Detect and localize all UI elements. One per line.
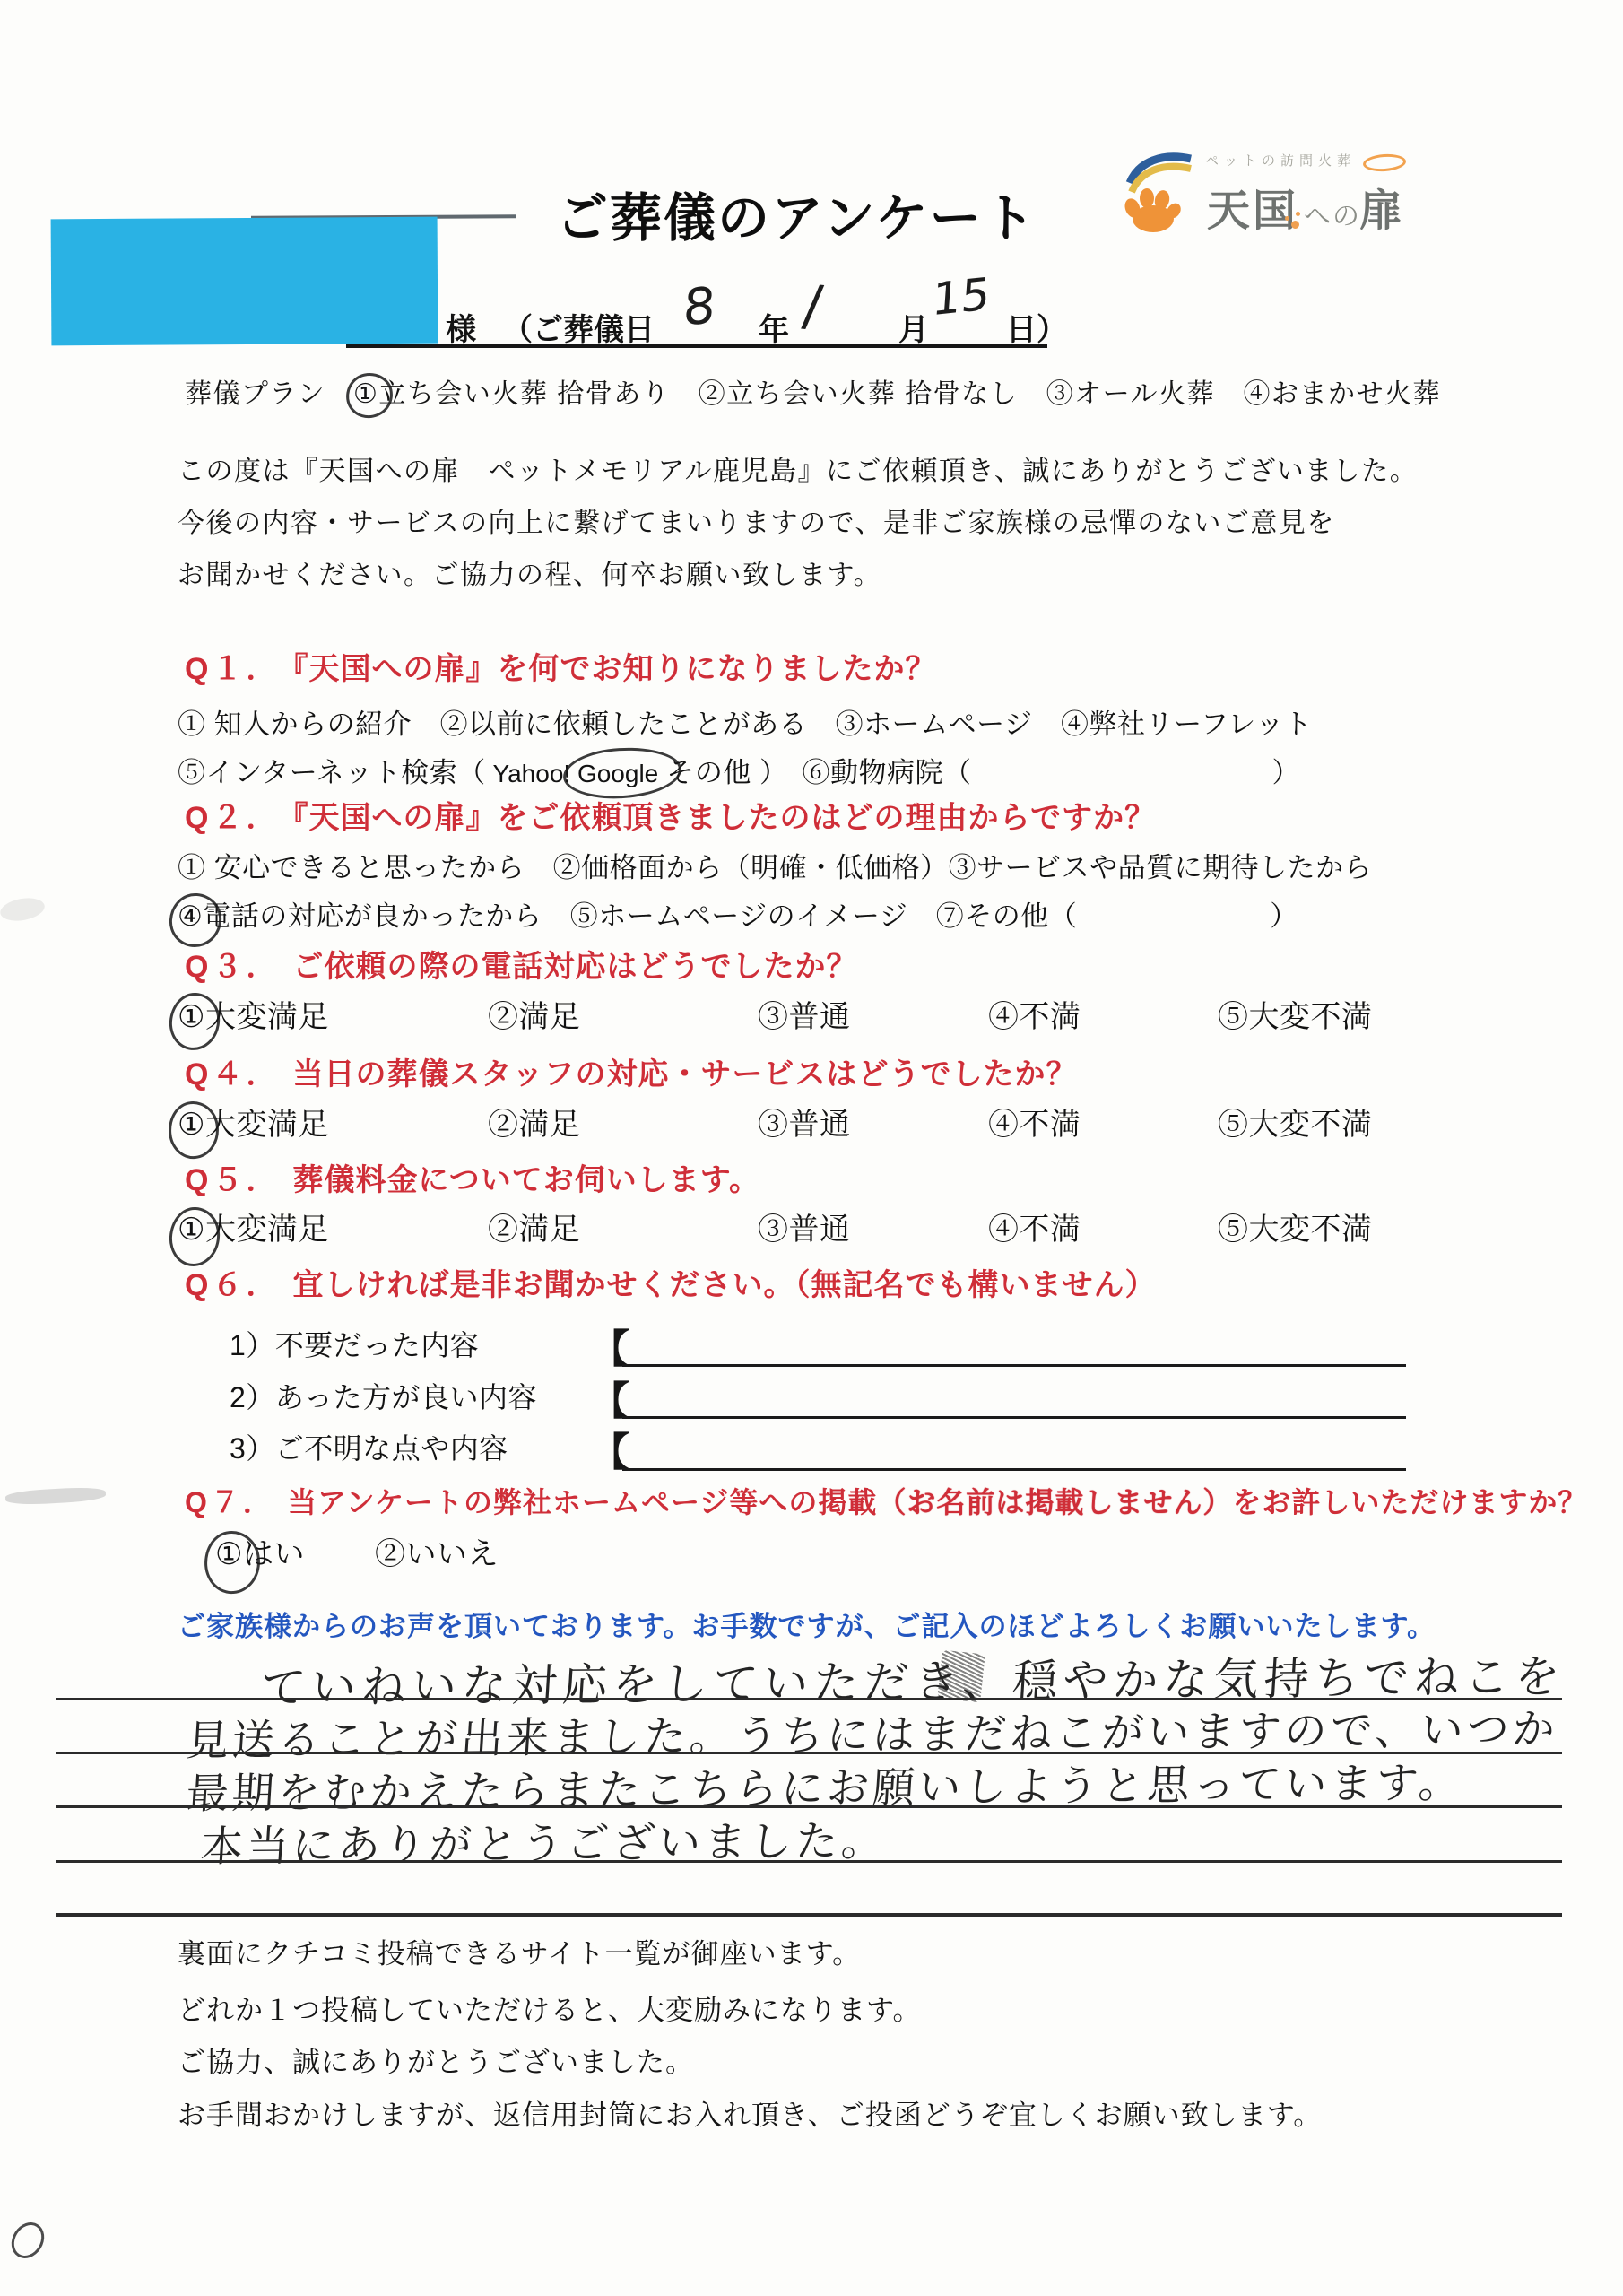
q7-title-post: をお許しいただけますか？ [1232,1486,1587,1518]
q7-option-1-label: はい [243,1537,305,1571]
footer-line-1: 裏面にクチコミ投稿できるサイト一覧が御座います。 [178,1931,861,1971]
writing-rule-line-4 [56,1860,1562,1863]
q5-heading: Q５．葬儀料金についてお伺いします。 [185,1155,760,1199]
q4-heading: Q４．当日の葬儀スタッフの対応・サービスはどうでしたか？ [185,1049,1077,1093]
q6-title: 宜しければ是非お聞かせください。（無記名でも構いません） [292,1268,1156,1302]
q5-option-1: ①大変満足 [178,1205,329,1248]
q1-heading: Q１．『天国への扉』を何でお知りになりましたか？ [185,644,936,688]
q7-title: 当アンケートの弊社ホームページ等への掲載 [288,1486,877,1518]
logo-tagline: ペットの訪問火葬 [1205,151,1356,170]
plan-options-rest: 立ち会い火葬 拾骨あり ②立ち会い火葬 拾骨なし ③オール火葬 ④おまかせ火葬 [378,379,1441,409]
q6-heading: Q６．宜しければ是非お聞かせください。（無記名でも構いません） [185,1260,1156,1304]
intro-line-2: 今後の内容・サービスの向上に繋げてまいりますので、是非ご家族様の忌憚のないご意見… [178,500,1335,540]
q1-option-6: その他 ） ⑥動物病院（ [658,757,971,788]
company-logo: ペットの訪問火葬 天国 への 扉 [1119,147,1415,246]
plan-options: ① 立ち会い火葬 拾骨あり ②立ち会い火葬 拾骨なし ③オール火葬 ④おまかせ火… [353,371,1441,411]
plan-option-1-number: ① [353,379,378,409]
q4-option-5: ⑤大変不満 [1218,1100,1373,1144]
survey-scan-page: ご葬儀のアンケート ペットの訪問火葬 天国 への 扉 様 （ご葬儀日 8 年 /… [0,0,1623,2296]
handwritten-corner-scribble [4,2216,50,2265]
funeral-date-label: （ご葬儀日 [502,305,655,349]
footer-line-4: お手間おかけしますが、返信用封筒にお入れ頂き、ご投函どうぞ宜しくお願い致します。 [178,2092,1322,2133]
q3-option-4: ④不満 [988,992,1081,1036]
q4-option-1-number: ① [178,1108,205,1142]
q2-options-row-1: ① 安心できると思ったから ②価格面から（明確・低価格）③サービスや品質に期待し… [178,845,1372,885]
writing-rule-line-3 [56,1805,1562,1808]
q1-selected-search-engine: Google [577,757,658,789]
footer-line-3: ご協力、誠にありがとうございました。 [178,2039,694,2080]
q5-option-1-number: ① [178,1213,205,1247]
q2-title: 『天国への扉』をご依頼頂きましたのはどの理由からですか？ [292,801,1156,835]
q2-heading: Q２．『天国への扉』をご依頼頂きましたのはどの理由からですか？ [185,793,1156,837]
q2-close-paren: ） [1270,900,1298,932]
q1-options-row-1: ① 知人からの紹介 ②以前に依頼したことがある ③ホームページ ④弊社リーフレッ… [178,701,1312,742]
intro-line-1: この度は『天国への扉 ペットメモリアル鹿児島』にご依頼頂き、誠にありがとうござい… [178,448,1418,488]
q6-number: Q６． [185,1268,280,1302]
handwritten-scribble-correction [937,1650,985,1703]
intro-line-3: お聞かせください。ご協力の程、何卒お願い致します。 [178,552,881,592]
q1-close-paren: ） [1271,757,1300,788]
redaction-box [51,217,438,346]
q5-option-4: ④不満 [988,1205,1081,1248]
page-title: ご葬儀のアンケート [556,176,1037,251]
q1-number: Q１． [185,652,280,686]
q1-option-5: ⑤インターネット検索（ [178,757,486,788]
writing-rule-line-2 [56,1752,1562,1754]
month-label: 月 [898,305,929,349]
q4-option-3: ③普通 [758,1100,851,1144]
q7-number: Q７． [185,1486,275,1518]
q6-item-1-label: 1）不要だった内容 [230,1323,479,1364]
q5-option-2: ②満足 [488,1205,581,1248]
handwritten-comment-line-4: 本当にありがとうございました。 [199,1807,890,1874]
logo-paw-dot-icon [1291,221,1299,229]
q3-title: ご依頼の際の電話対応はどうでしたか？ [292,950,857,984]
q4-title: 当日の葬儀スタッフの対応・サービスはどうでしたか？ [292,1057,1077,1091]
q2-selected-option: ④ [178,900,203,933]
q1-options-row-2: ⑤インターネット検索（ Yahoo! Google その他 ） ⑥動物病院（） [178,750,1300,790]
q3-option-2: ②満足 [488,992,581,1036]
q4-option-1: ①大変満足 [178,1100,329,1144]
logo-name-part1: 天国 [1207,176,1298,238]
q4-options-row: ①大変満足 ②満足 ③普通 ④不満 ⑤大変不満 [0,1100,1623,1153]
handwritten-year: 8 [681,277,716,337]
q5-option-5: ⑤大変不満 [1218,1205,1373,1248]
q7-option-2: ②いいえ [375,1529,499,1573]
q3-option-1-label: 大変満足 [205,1000,329,1034]
q4-option-4: ④不満 [988,1100,1081,1144]
q6-item-2-label: 2）あった方が良い内容 [230,1375,537,1416]
q2-number: Q２． [185,801,280,835]
q1-option-yahoo: Yahoo! [486,760,577,787]
q6-item-1-blank-line [622,1364,1406,1367]
q7-options-row: ①はい ②いいえ [0,1529,1623,1592]
q2-options-row-2: ④電話の対応が良かったから ⑤ホームページのイメージ ⑦その他（） [178,893,1298,934]
q5-option-3: ③普通 [758,1205,851,1248]
q1-title: 『天国への扉』を何でお知りになりましたか？ [292,652,936,686]
q3-number: Q３． [185,950,280,984]
q4-number: Q４． [185,1057,280,1091]
q7-option-1: ①はい [215,1529,305,1573]
q5-options-row: ①大変満足 ②満足 ③普通 ④不満 ⑤大変不満 [0,1205,1623,1258]
q3-option-3: ③普通 [758,992,851,1036]
writing-rule-line-5 [56,1913,1562,1917]
year-label: 年 [759,305,789,349]
name-honorific: 様 [446,305,476,349]
footer-line-2: どれか１つ投稿していただけると、大変励みになります。 [178,1987,922,2028]
name-line-underline [346,344,1047,348]
q3-option-1-number: ① [178,1000,205,1034]
writing-rule-line-1 [56,1698,1562,1700]
halo-icon [1362,152,1406,172]
q4-option-1-label: 大変満足 [205,1108,329,1142]
q4-option-2: ②満足 [488,1100,581,1144]
q5-option-1-label: 大変満足 [205,1213,329,1247]
family-voice-note: ご家族様からのお声を頂いております。お手数ですが、ご記入のほどよろしくお願いいた… [178,1604,1436,1644]
scan-smudge [5,1486,107,1506]
q5-number: Q５． [185,1163,280,1197]
q3-option-5: ⑤大変不満 [1218,992,1373,1036]
q3-options-row: ①大変満足 ②満足 ③普通 ④不満 ⑤大変不満 [0,992,1623,1046]
plan-selected-option: ① [353,378,378,410]
logo-name-part3: 扉 [1359,176,1405,238]
handwritten-day: 15 [931,268,993,326]
paw-rainbow-icon [1119,151,1198,237]
q7-title-bold: （お名前は掲載しません） [877,1486,1232,1518]
q1-option-google: Google [577,760,658,787]
q7-option-1-number: ① [215,1537,243,1571]
day-label: 日） [1006,305,1067,349]
q3-heading: Q３．ご依頼の際の電話対応はどうでしたか？ [185,942,857,986]
handwritten-month: / [800,272,825,339]
q5-title: 葬儀料金についてお伺いします。 [292,1163,760,1197]
q2-options-rest: 電話の対応が良かったから ⑤ホームページのイメージ ⑦その他（ [203,900,1077,932]
scan-smudge [0,895,47,924]
logo-name-part2: への [1304,194,1361,233]
q3-option-1: ①大変満足 [178,992,329,1036]
q7-heading: Q７．当アンケートの弊社ホームページ等への掲載（お名前は掲載しません）をお許しい… [185,1480,1587,1521]
q2-option-4-number: ④ [178,900,203,932]
plan-label: 葬儀プラン [185,371,326,411]
q6-item-3-blank-line [622,1468,1406,1471]
q6-item-2-blank-line [622,1416,1406,1419]
q6-item-3-label: 3）ご不明な点や内容 [230,1426,508,1467]
